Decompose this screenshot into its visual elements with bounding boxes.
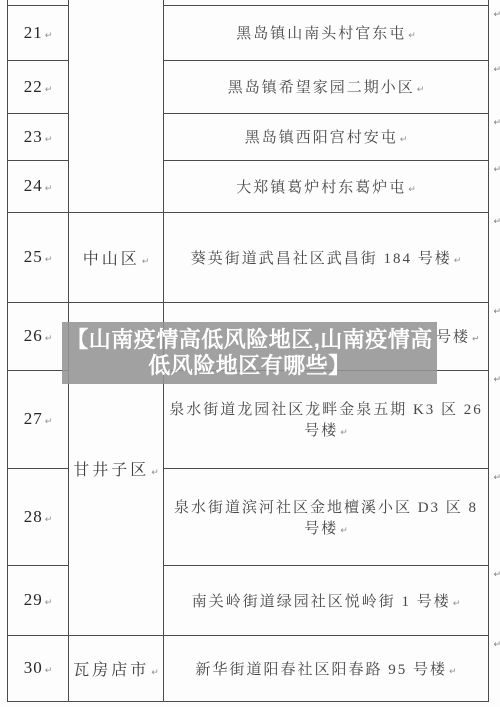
cell-end-mark: ↵ <box>45 515 53 525</box>
row-number-cell: 23↵ <box>8 113 69 160</box>
cell-end-mark: ↵ <box>45 85 53 95</box>
cell-end-mark: ↵ <box>45 184 53 194</box>
address-text: 号楼 <box>436 330 470 346</box>
cell-end-mark: ↵ <box>151 468 159 478</box>
row-number-cell: 22↵ <box>8 60 69 113</box>
row-number: 28 <box>24 507 43 526</box>
row-end-mark: ↵ <box>493 217 500 227</box>
row-number: 22 <box>24 77 43 96</box>
address-text: 黑岛镇山南头村官东屯 <box>236 26 406 42</box>
row-end-mark: ↵ <box>493 307 500 317</box>
row-end-mark: ↵ <box>493 118 500 128</box>
address-text: 泉水街道龙园社区龙畔金泉五期 K3 区 26 号楼 <box>169 402 483 439</box>
address-text-partial: 号楼↵ <box>436 326 480 347</box>
district-name: 甘井子区 <box>73 462 149 479</box>
row-end-mark: ↵ <box>493 473 500 483</box>
cell-end-mark: ↵ <box>45 255 53 265</box>
cell-end-mark: ↵ <box>340 428 348 438</box>
address-cell: 黑岛镇西阳宫村安屯↵ ↵ <box>164 113 489 160</box>
cell-end-mark: ↵ <box>45 31 53 41</box>
cell-end-mark: ↵ <box>454 256 462 266</box>
row-number: 26 <box>24 326 43 345</box>
cell-end-mark: ↵ <box>408 185 416 195</box>
cell-end-mark: ↵ <box>340 526 348 536</box>
watermark-overlay: 【山南疫情高低风险地区,山南疫情高 低风险地区有哪些】 <box>62 322 437 384</box>
district-cell-merged-top <box>69 0 164 212</box>
cell-end-mark: ↵ <box>417 85 425 95</box>
cell-end-mark: ↵ <box>151 668 159 678</box>
table-row-25: 25↵ 中山区↵ 葵英街道武昌社区武昌街 184 号楼↵ ↵ <box>8 212 489 302</box>
row-number: 29 <box>24 590 43 609</box>
address-cell: 泉水街道滨河社区金地檀溪小区 D3 区 8 号楼↵ ↵ <box>164 468 489 565</box>
row-number: 24 <box>24 176 43 195</box>
cell-end-mark: ↵ <box>45 135 53 145</box>
watermark-line-2: 低风险地区有哪些】 <box>148 353 351 379</box>
row-number: 21 <box>24 23 43 42</box>
row-end-mark: ↵ <box>493 10 500 20</box>
watermark-line-1: 【山南疫情高低风险地区,山南疫情高 <box>66 327 433 353</box>
district-cell-wafangdian: 瓦房店市↵ <box>69 635 164 701</box>
address-cell: 葵英街道武昌社区武昌街 184 号楼↵ ↵ <box>164 212 489 302</box>
row-number: 23 <box>24 127 43 146</box>
row-end-mark: ↵ <box>493 640 500 650</box>
row-number: 27 <box>24 409 43 428</box>
address-cell: 大郑镇葛炉村东葛炉屯↵ ↵ <box>164 160 489 212</box>
cell-end-mark: ↵ <box>45 666 53 676</box>
address-text: 黑岛镇西阳宫村安屯 <box>245 130 398 146</box>
row-number-cell: 28↵ <box>8 468 69 565</box>
row-number-cell: 30↵ <box>8 635 69 701</box>
cell-end-mark: ↵ <box>408 31 416 41</box>
district-cell-zhongshan: 中山区↵ <box>69 212 164 302</box>
address-text: 新华街道阳春社区阳春路 95 号楼 <box>195 662 447 678</box>
row-end-mark: ↵ <box>493 570 500 580</box>
address-text: 黑岛镇希望家园二期小区 <box>228 80 415 96</box>
row-number-cell: 27↵ <box>8 370 69 468</box>
address-cell: 黑岛镇山南头村官东屯↵ ↵ <box>164 5 489 60</box>
row-number-cell: 26↵ <box>8 302 69 370</box>
address-text: 大郑镇葛炉村东葛炉屯 <box>236 180 406 196</box>
document-page: 21↵ 黑岛镇山南头村官东屯↵ ↵ 22↵ 黑岛镇希望家园二期小区↵ ↵ 23↵… <box>0 0 500 707</box>
cell-end-mark: ↵ <box>400 135 408 145</box>
address-cell: 新华街道阳春社区阳春路 95 号楼↵ ↵ <box>164 635 489 701</box>
row-number-cell: 29↵ <box>8 565 69 635</box>
cell-end-mark: ↵ <box>45 598 53 608</box>
cell-end-mark: ↵ <box>45 334 53 344</box>
address-text: 南关岭街道绿园社区悦岭街 1 号楼 <box>192 594 451 610</box>
address-text: 泉水街道滨河社区金地檀溪小区 D3 区 8 号楼 <box>174 500 478 537</box>
row-number: 30 <box>24 658 43 677</box>
row-end-mark: ↵ <box>493 375 500 385</box>
table-row-30: 30↵ 瓦房店市↵ 新华街道阳春社区阳春路 95 号楼↵ ↵ <box>8 635 489 701</box>
row-number-cell: 25↵ <box>8 212 69 302</box>
row-number: 25 <box>24 247 43 266</box>
address-text: 葵英街道武昌社区武昌街 184 号楼 <box>191 251 452 267</box>
district-name: 中山区 <box>83 251 140 268</box>
cell-end-mark: ↵ <box>45 417 53 427</box>
row-end-mark: ↵ <box>493 165 500 175</box>
district-name: 瓦房店市 <box>73 662 149 679</box>
row-number-cell: 24↵ <box>8 160 69 212</box>
cell-end-mark: ↵ <box>142 257 150 267</box>
cell-end-mark: ↵ <box>453 599 461 609</box>
row-end-mark: ↵ <box>493 65 500 75</box>
cell-end-mark: ↵ <box>449 667 457 677</box>
row-number-cell: 21↵ <box>8 5 69 60</box>
address-cell: 南关岭街道绿园社区悦岭街 1 号楼↵ ↵ <box>164 565 489 635</box>
address-cell: 黑岛镇希望家园二期小区↵ ↵ <box>164 60 489 113</box>
cell-end-mark: ↵ <box>472 335 480 345</box>
address-cell: 泉水街道龙园社区龙畔金泉五期 K3 区 26 号楼↵ ↵ <box>164 370 489 468</box>
